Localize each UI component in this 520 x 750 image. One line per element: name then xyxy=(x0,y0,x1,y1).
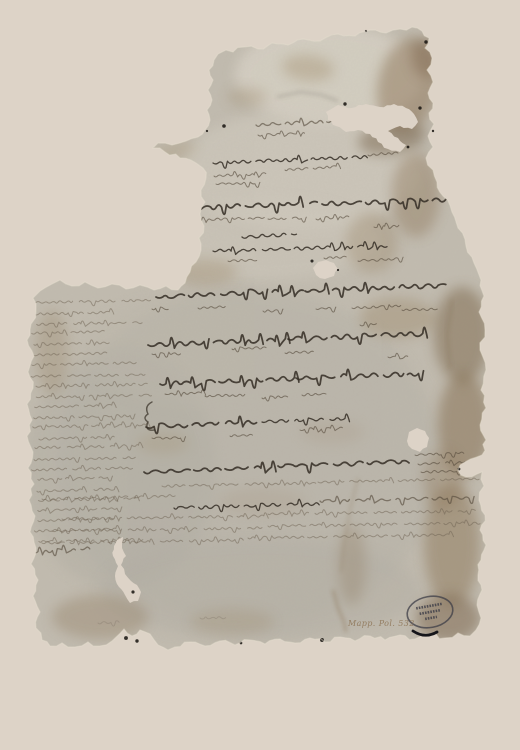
ink-speck xyxy=(131,590,134,593)
ink-speck xyxy=(222,124,226,128)
ink-speck xyxy=(337,269,339,271)
shelfmark-text: Mapp. Pol. 532 xyxy=(347,619,415,628)
ink-speck xyxy=(407,146,410,149)
ink-speck xyxy=(135,639,138,642)
ink-speck xyxy=(418,106,421,109)
ink-speck xyxy=(206,130,208,132)
ink-speck xyxy=(124,636,128,640)
manuscript-photo: Mapp. Pol. 532 xyxy=(0,0,520,750)
ink-speck xyxy=(310,259,313,262)
ink-speck xyxy=(424,40,427,43)
ink-speck xyxy=(343,102,346,105)
ink-speck xyxy=(432,130,434,132)
manuscript-scene: Mapp. Pol. 532 xyxy=(0,0,520,750)
